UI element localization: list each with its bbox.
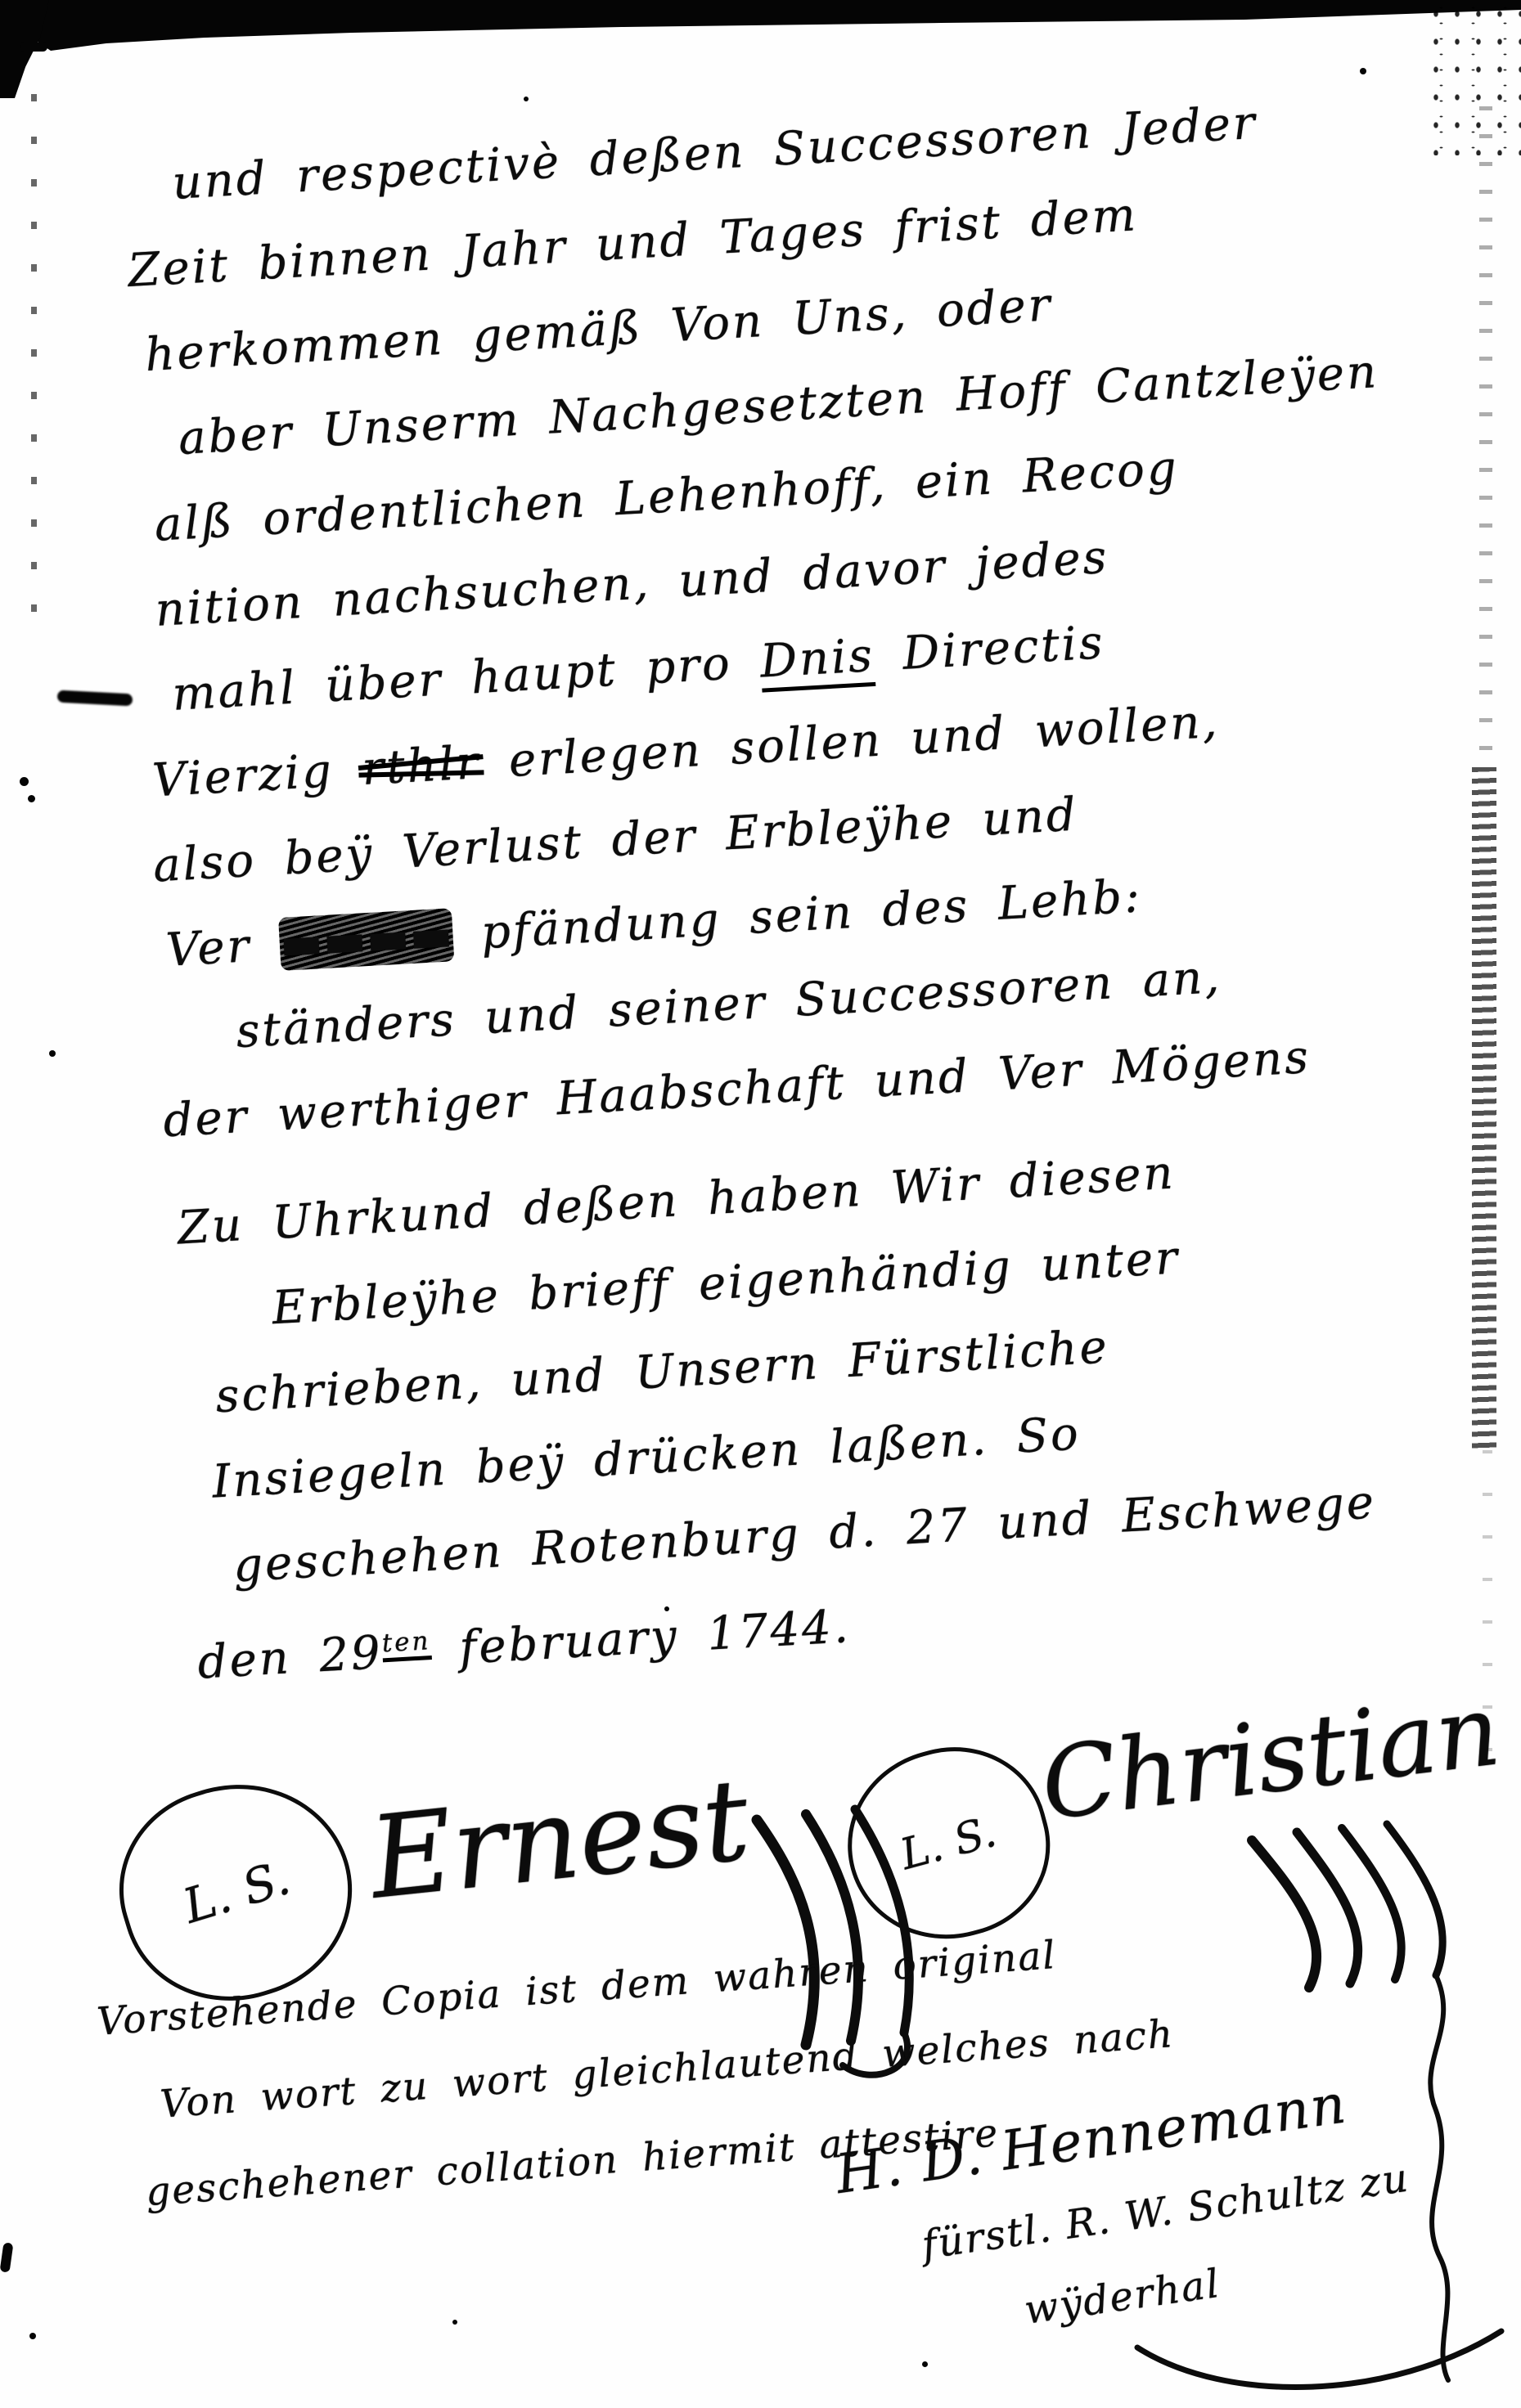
date-text-end: february 1744. bbox=[430, 1600, 852, 1677]
underlined-abbreviation-dnis: Dnis bbox=[758, 629, 875, 693]
seal-text-left: L. S. bbox=[177, 1849, 296, 1934]
line-7-text-end: Directis bbox=[873, 616, 1106, 682]
binding-speckle-strip bbox=[1472, 767, 1496, 1450]
scan-dot bbox=[49, 1050, 56, 1057]
scan-dot bbox=[452, 2320, 457, 2325]
signature-ernest: Ernest bbox=[364, 1754, 755, 1925]
scan-dot bbox=[20, 777, 29, 786]
scan-dot bbox=[524, 97, 529, 101]
line-7-text: mahl über haupt pro bbox=[171, 636, 762, 721]
date-text: den 29 bbox=[196, 1626, 384, 1690]
line-10-text: Ver bbox=[164, 918, 281, 977]
line-8-text: Vierzig bbox=[151, 743, 364, 807]
seal-text-right: L. S. bbox=[895, 1808, 1001, 1880]
scan-dot bbox=[28, 795, 35, 802]
binding-speckle-upper bbox=[1479, 106, 1492, 769]
manuscript-page: und respectivè deßen Successoren Jeder Z… bbox=[0, 0, 1521, 2408]
crossed-out-word: rthlr bbox=[361, 736, 482, 796]
scan-dot bbox=[1360, 68, 1366, 74]
scribbled-out-word: ▬▬▬▬ bbox=[278, 908, 454, 971]
scan-speckle-left bbox=[31, 94, 37, 618]
ink-smudge bbox=[57, 690, 133, 707]
scan-mark bbox=[20, 43, 47, 52]
date-ordinal-superscript: ten bbox=[381, 1626, 432, 1662]
manuscript-text-block: und respectivè deßen Successoren Jeder Z… bbox=[97, 75, 1449, 1707]
scan-dot bbox=[29, 2333, 36, 2339]
scan-mark bbox=[0, 2242, 13, 2272]
scan-edge-top bbox=[0, 0, 1521, 51]
notary-signature-underline-flourish bbox=[1129, 2315, 1514, 2405]
scan-speckle-top-right bbox=[1425, 0, 1521, 155]
